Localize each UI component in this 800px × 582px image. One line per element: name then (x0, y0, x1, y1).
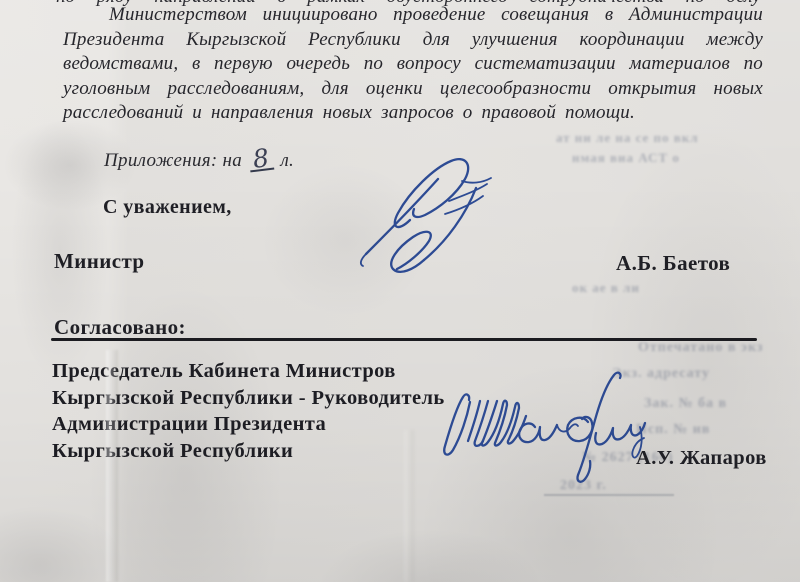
bleed-through-underline (544, 494, 674, 496)
bleed-through-text: ок ае в ли (572, 280, 640, 296)
minister-name: А.Б. Баетов (616, 251, 730, 276)
attachments-prefix: Приложения: на (104, 150, 242, 171)
agreed-label: Согласовано: (54, 315, 186, 340)
bleed-through-text: нмая виа АСТ о (572, 150, 680, 166)
paragraph-line: расследований и направления новых запрос… (63, 101, 763, 126)
minister-title: Министр (54, 249, 145, 274)
attachment-count-handwritten: 8 (248, 149, 275, 173)
bleed-through-text: Зак. № ба в (644, 396, 727, 412)
body-paragraph: Министерством инициировано проведение со… (63, 3, 763, 126)
paragraph-line: уголовным расследованиям, для оценки цел… (63, 77, 763, 102)
chairman-name: А.У. Жапаров (636, 447, 767, 470)
closing-salutation: С уважением, (103, 196, 232, 219)
baetov-ink-signature (352, 138, 502, 288)
chairman-title-line: Кыргызской Республики (52, 438, 492, 465)
paragraph-line: Министерством инициировано проведение со… (63, 3, 763, 28)
chairman-title-line: Администрации Президента (52, 411, 492, 438)
chairman-title-block: Председатель Кабинета Министров Кыргызск… (52, 358, 492, 464)
bleed-through-text: Отпечатано в экз (638, 340, 763, 356)
chairman-title-line: Председатель Кабинета Министров (52, 358, 492, 385)
zhaparov-ink-signature (436, 370, 651, 490)
attachments-suffix: л. (280, 150, 294, 171)
document-photo: по ряду направлений в рамках двусторонне… (0, 0, 800, 582)
attachments-line: Приложения: на 8 л. (104, 149, 294, 172)
paragraph-line: Президента Кыргызской Республики для улу… (63, 28, 763, 53)
paragraph-line: ведомствами, в первую очередь по вопросу… (63, 52, 763, 77)
bleed-through-text: ат ни ле на се по вкл (556, 130, 699, 146)
chairman-title-line: Кыргызской Республики - Руководитель (52, 385, 492, 412)
agreed-underline (51, 338, 757, 341)
